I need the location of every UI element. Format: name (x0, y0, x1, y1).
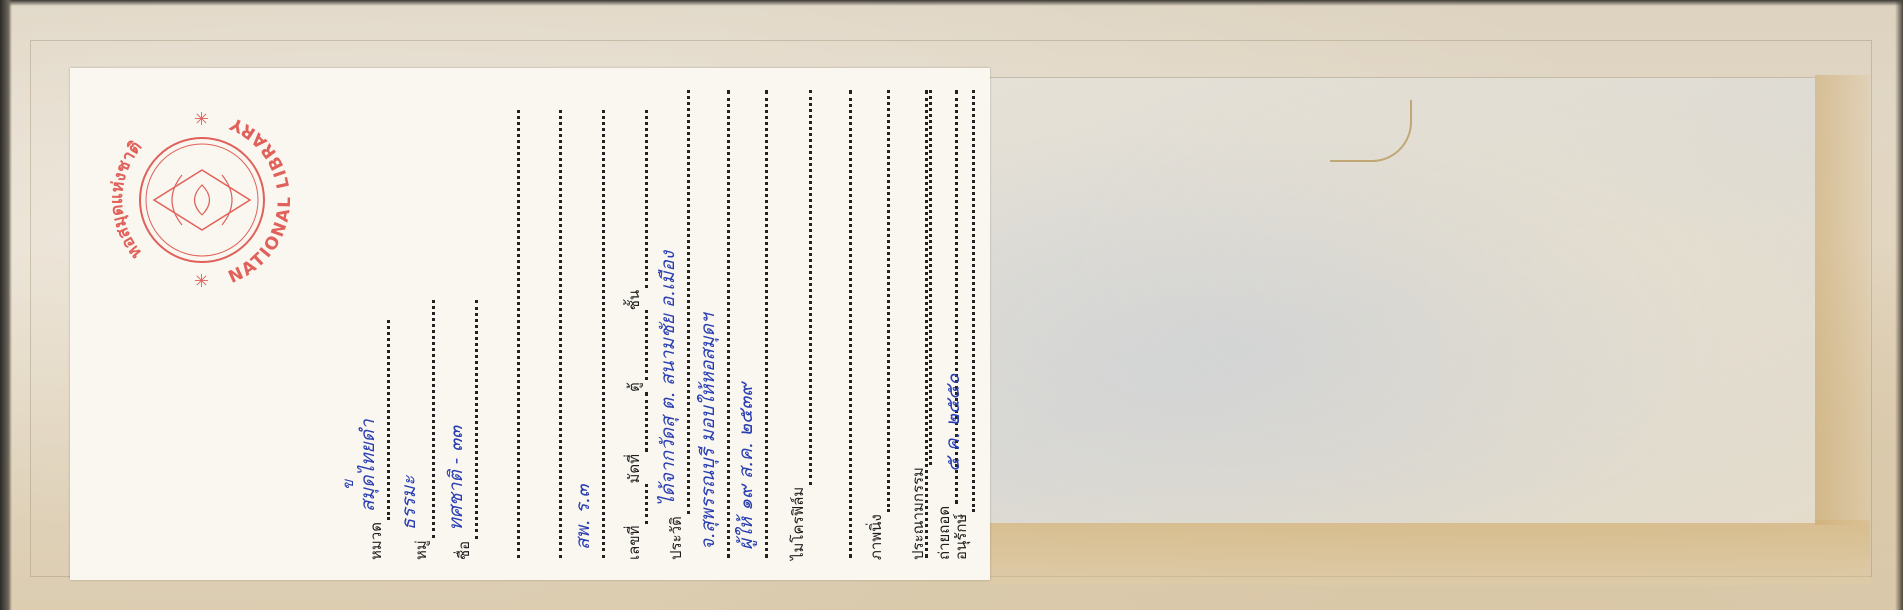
catalog-card: หอสมุดแห่งชาติ NATIONAL LIBRARY ✳ ✳ หมวด… (70, 68, 990, 580)
handwritten-value: ทศชาติ - ๓๓ (441, 426, 471, 531)
handwritten-value: จ.สุพรรณบุรี มอบให้หอสมุดฯ (693, 314, 723, 551)
stain-bottom (990, 520, 1870, 585)
handwritten-value: สพ. ร.๓ (568, 485, 598, 550)
handwritten-value: ๕ ค. ๒๕๕๐ (938, 374, 968, 472)
field-line (909, 90, 932, 465)
field-conservation: อนุรักษ์ ๕ ค. ๒๕๕๐ (945, 90, 975, 560)
field-line (625, 484, 648, 524)
field-label: ชื่อ (452, 541, 478, 560)
cover-left-edge (0, 0, 12, 610)
field-line (625, 110, 648, 288)
field-label: หมู่ (409, 540, 435, 560)
field-line (497, 110, 520, 558)
field-number: เลขที่ มัดที่ ตู้ ชั้น (618, 110, 648, 560)
field-group: หมู่ ธรรมะ (405, 300, 435, 560)
field-title: ชื่อ ทศชาติ - ๓๓ (448, 300, 478, 560)
catalog-card-content: หอสมุดแห่งชาติ NATIONAL LIBRARY ✳ ✳ หมวด… (70, 68, 990, 580)
handwritten-value: ข (336, 480, 360, 490)
field-label: ประวัติ (664, 516, 690, 560)
cover-right-edge (1895, 0, 1903, 610)
field-line: ๕ ค. ๒๕๕๐ (952, 90, 975, 512)
field-sublabel-bundle: มัดที่ (622, 454, 648, 484)
field-preface: ประณามกรรม (902, 90, 932, 560)
field-line: ได้จากวัดสุ ต. สนามชัย อ.เมือง (667, 90, 690, 514)
field-line (789, 90, 812, 485)
field-label: เลขที่ (622, 526, 648, 560)
field-line: ผู้ให้ ๑๙ ส.ค. ๒๕๓๙ (745, 90, 768, 558)
cover-top-edge (0, 0, 1903, 6)
handwritten-value: ธรรมะ (394, 475, 424, 530)
field-line (625, 392, 648, 452)
field-blank-3: สพ. ร.๓ (575, 110, 605, 560)
field-line: ทศชาติ - ๓๓ (455, 300, 478, 539)
field-line: สมุดไทยดำ (367, 320, 390, 520)
handwritten-value: ได้จากวัดสุ ต. สนามชัย อ.เมือง (653, 251, 683, 506)
field-line (829, 90, 852, 558)
field-line: สพ. ร.๓ (582, 110, 605, 558)
field-line (625, 310, 648, 380)
field-sublabel-shelf: ชั้น (622, 290, 648, 310)
handwritten-value: ผู้ให้ ๑๙ ส.ค. ๒๕๓๙ (731, 383, 761, 550)
field-blank-4 (822, 90, 852, 560)
field-label: อนุรักษ์ (949, 514, 975, 560)
field-line: ธรรมะ (412, 300, 435, 538)
field-label: ประณามกรรม (906, 467, 932, 560)
field-microfilm: ไมโครฟิล์ม (782, 90, 812, 560)
card-fields: หมวด สมุดไทยดำ ข หมู่ ธรรมะ ชื่อ ทศชาติ … (70, 68, 990, 580)
field-category-extra: ข (330, 450, 360, 490)
field-line: จ.สุพรรณบุรี มอบให้หอสมุดฯ (707, 90, 730, 558)
field-label: หมวด (364, 522, 390, 560)
field-sublabel-cabinet: ตู้ (622, 382, 648, 392)
field-blank-1 (490, 110, 520, 560)
field-line (539, 110, 562, 558)
field-still-image: ภาพนิ่ง (860, 90, 890, 560)
field-history: ประวัติ ได้จากวัดสุ ต. สนามชัย อ.เมือง (660, 90, 690, 560)
field-blank-2 (532, 110, 562, 560)
field-history-2: จ.สุพรรณบุรี มอบให้หอสมุดฯ (700, 90, 730, 560)
field-label: ไมโครฟิล์ม (786, 487, 812, 560)
field-category: หมวด สมุดไทยดำ (360, 320, 390, 560)
stain-right (1815, 75, 1870, 525)
catalog-card-content-tail: ประณามกรรม อนุรักษ์ ๕ ค. ๒๕๕๐ (890, 68, 990, 580)
field-history-3: ผู้ให้ ๑๙ ส.ค. ๒๕๓๙ (738, 90, 768, 560)
field-line (867, 90, 890, 512)
field-label: ภาพนิ่ง (864, 514, 890, 560)
